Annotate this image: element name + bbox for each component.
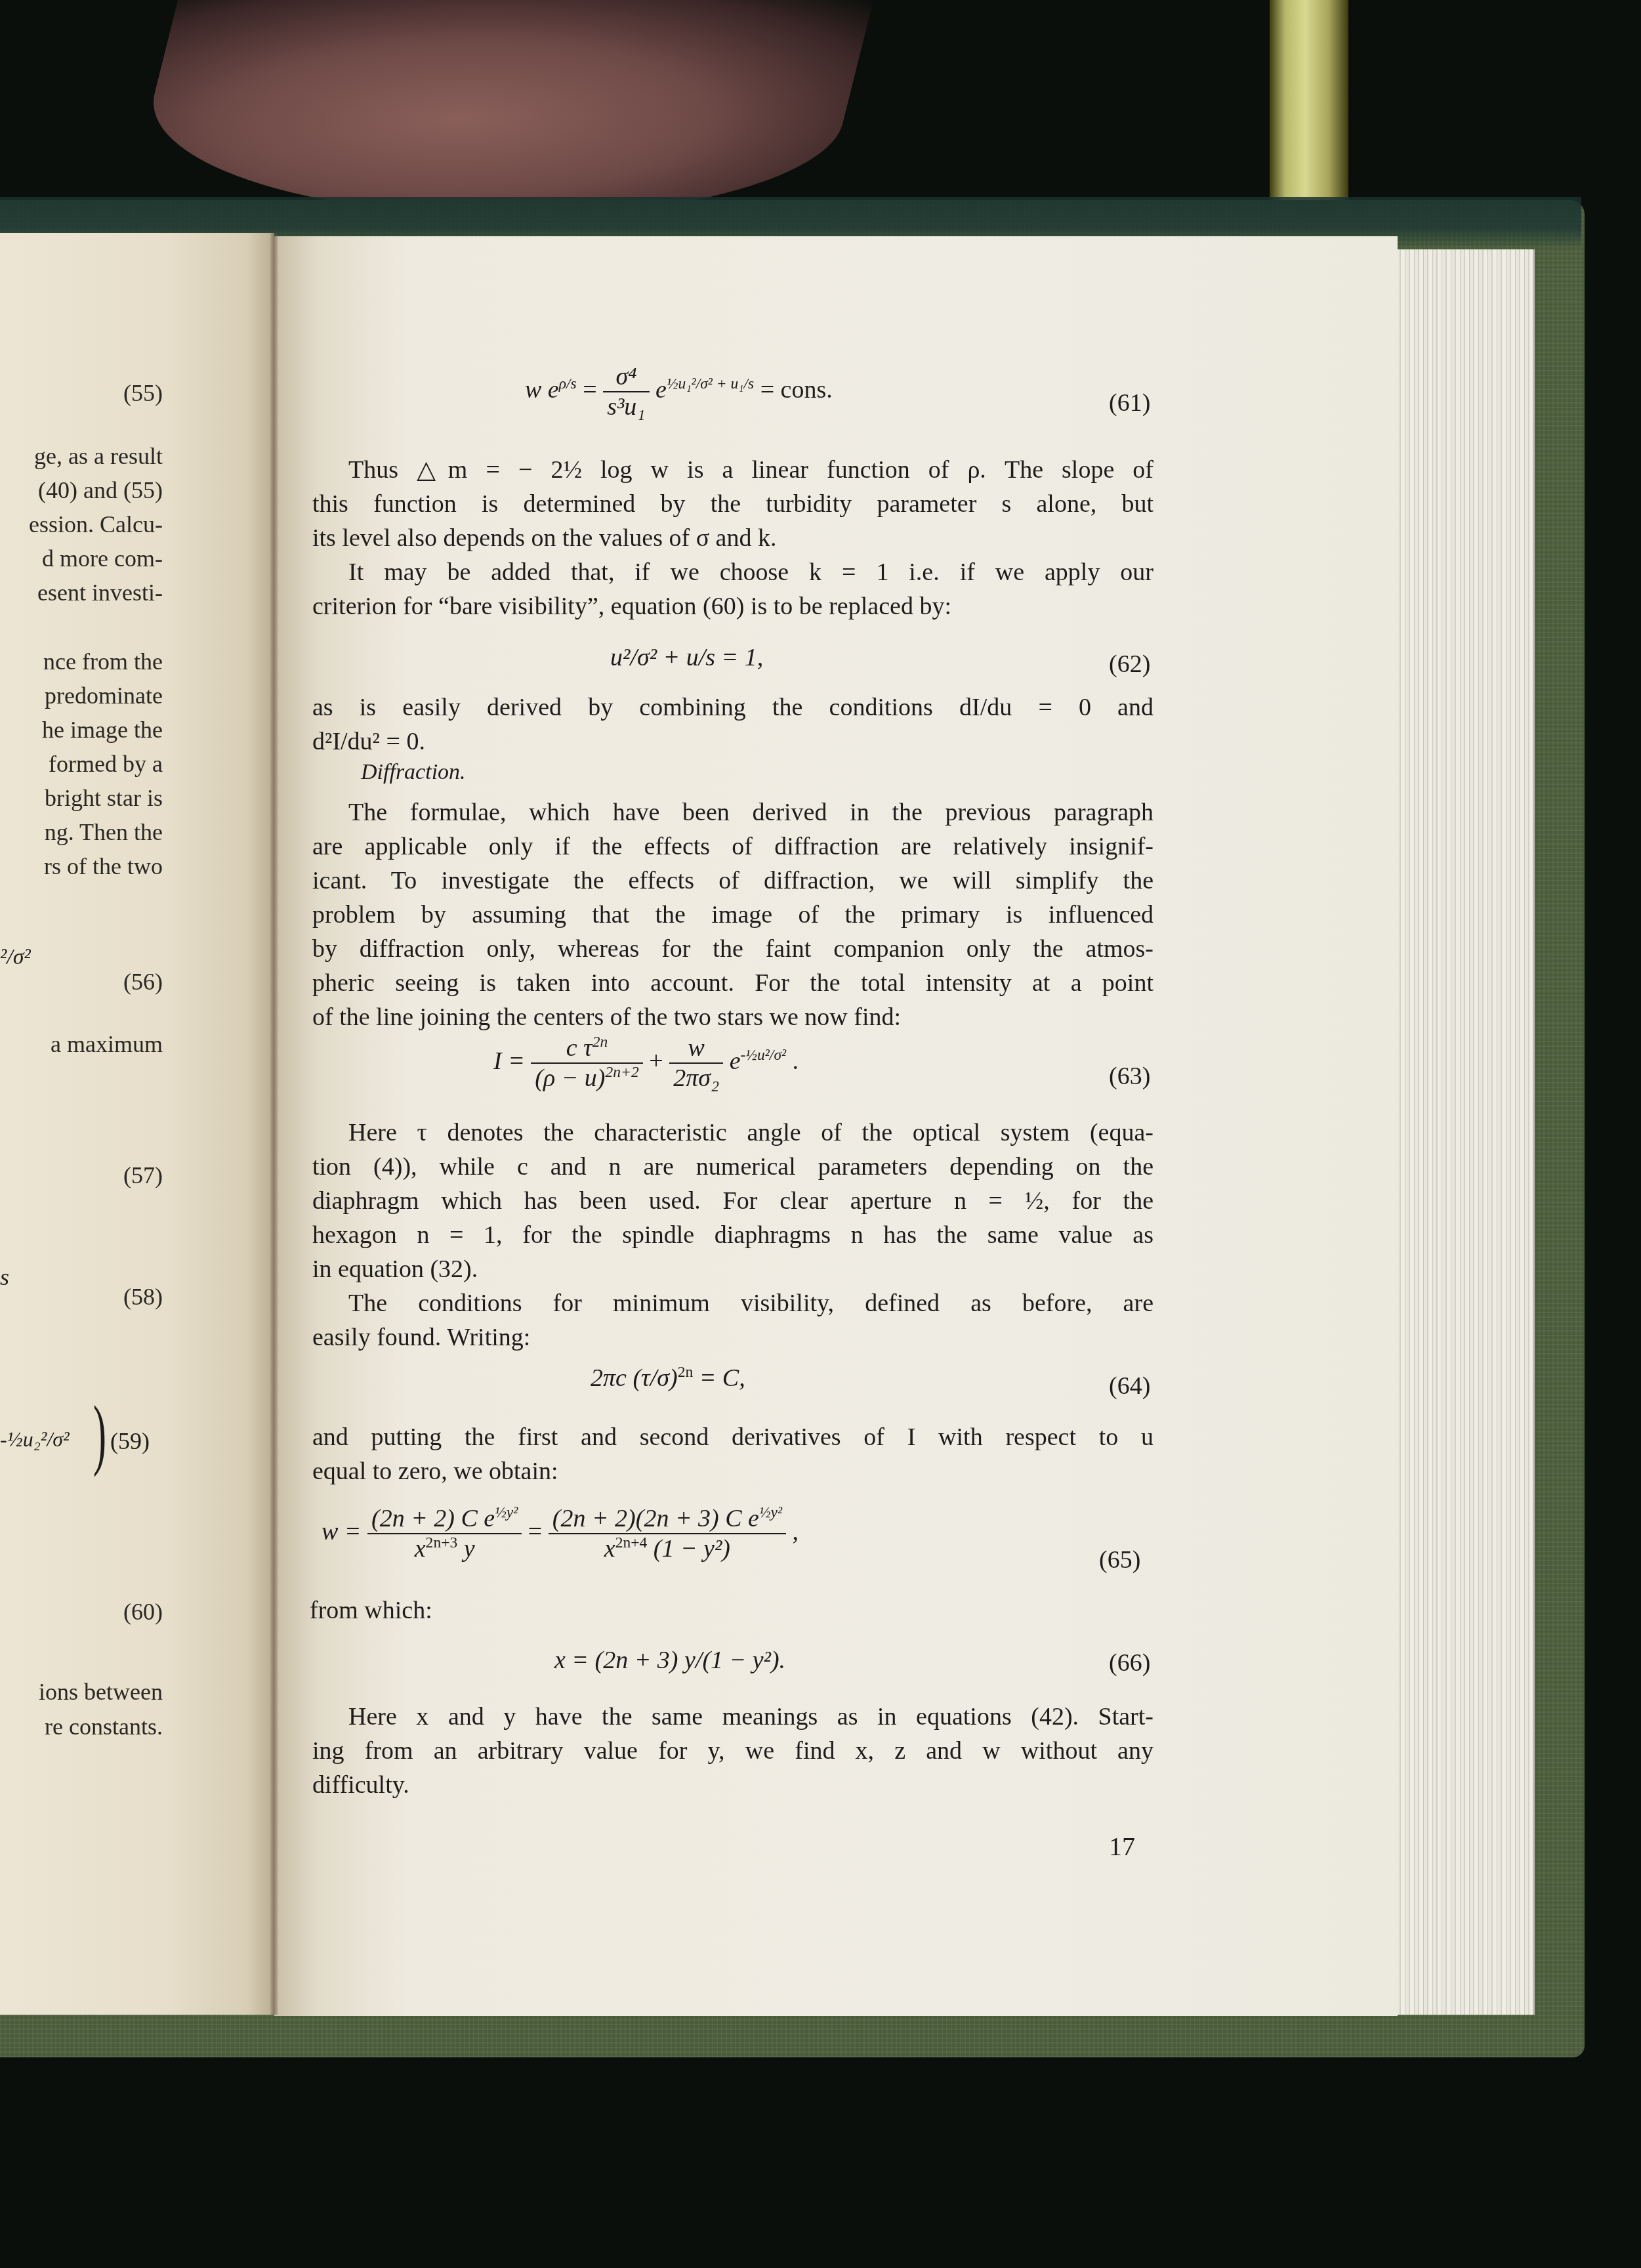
text-line: ge, as a result xyxy=(0,442,163,470)
text-line: bright star is xyxy=(0,784,163,812)
text-line: its level also depends on the values of … xyxy=(312,521,1153,555)
equation-63: I = c τ2n (ρ − u)2n+2 + w 2πσ₂ e-½u²/σ² … xyxy=(493,1034,799,1093)
text-line: tion (4)), while c and n are numerical p… xyxy=(312,1150,1153,1184)
text-line: esent investi- xyxy=(0,579,163,606)
text-line: he image the xyxy=(0,716,163,744)
text-line: icant. To investigate the effects of dif… xyxy=(312,864,1153,898)
fraction: (2n + 2) C e½y² x2n+3 y xyxy=(367,1504,522,1563)
text-line: are applicable only if the effects of di… xyxy=(312,829,1153,864)
text-line: from which: xyxy=(310,1596,432,1625)
text-line: re constants. xyxy=(0,1713,163,1740)
text-line: pheric seeing is taken into account. For… xyxy=(312,966,1153,1000)
equation-number: (60) xyxy=(0,1598,163,1626)
text-line: by diffraction only, whereas for the fai… xyxy=(312,932,1153,966)
fraction: c τ2n (ρ − u)2n+2 xyxy=(531,1034,642,1093)
fraction: σ⁴ s³u₁ xyxy=(603,362,649,421)
text-line: easily found. Writing: xyxy=(312,1320,1153,1354)
fraction: (2n + 2)(2n + 3) C e½y² x2n+4 (1 − y²) xyxy=(549,1504,786,1563)
equation-64: 2πc (τ/σ)2n = C, xyxy=(591,1364,745,1393)
equation-number: (59) xyxy=(110,1427,150,1455)
equation-number: (65) xyxy=(1099,1545,1140,1574)
text-line: Thus △m = − 2½ log w is a linear functio… xyxy=(312,453,1153,487)
equation-66: x = (2n + 3) y/(1 − y²). xyxy=(554,1646,785,1675)
equation-number: (62) xyxy=(1109,650,1150,679)
equation-number: (63) xyxy=(1109,1062,1150,1091)
equation-fragment: ²/σ² xyxy=(0,945,31,970)
text-line: equal to zero, we obtain: xyxy=(312,1454,1153,1488)
section-heading: Diffraction. xyxy=(361,760,466,785)
close-paren-glyph: ) xyxy=(93,1395,106,1473)
book-fore-edge xyxy=(1396,249,1535,2015)
text-line: d more com- xyxy=(0,545,163,572)
text-line: criterion for “bare visibility”, equatio… xyxy=(312,589,1153,623)
text-line: a maximum xyxy=(0,1030,163,1058)
text-line: It may be added that, if we choose k = 1… xyxy=(312,555,1153,589)
text-line: ing from an arbitrary value for y, we fi… xyxy=(312,1734,1153,1768)
hand-holding-book xyxy=(124,0,873,217)
book-gutter xyxy=(270,233,278,2015)
text-line: difficulty. xyxy=(312,1768,1153,1802)
fraction: w 2πσ₂ xyxy=(669,1034,723,1093)
text-line: The conditions for minimum visibility, d… xyxy=(312,1286,1153,1320)
text-line: The formulae, which have been derived in… xyxy=(312,795,1153,829)
text-line: ng. Then the xyxy=(0,818,163,846)
text-line: (40) and (55) xyxy=(0,476,163,504)
equation-number: (64) xyxy=(1109,1372,1150,1400)
text-line: diaphragm which has been used. For clear… xyxy=(312,1184,1153,1218)
equation-number: (56) xyxy=(0,968,163,996)
text-line: in equation (32). xyxy=(312,1252,1153,1286)
text-line: of the line joining the centers of the t… xyxy=(312,1000,1153,1034)
equation-number: (61) xyxy=(1109,388,1150,417)
page-number: 17 xyxy=(1109,1831,1135,1862)
text-line: Here τ denotes the characteristic angle … xyxy=(312,1116,1153,1150)
text-line: this function is determined by the turbi… xyxy=(312,487,1153,521)
text-line: problem by assuming that the image of th… xyxy=(312,898,1153,932)
text-line: and putting the first and second derivat… xyxy=(312,1420,1153,1454)
text-line: Here x and y have the same meanings as i… xyxy=(312,1700,1153,1734)
text-line: rs of the two xyxy=(0,852,163,880)
background-light-strip xyxy=(1270,0,1348,223)
equation-65: w = (2n + 2) C e½y² x2n+3 y = (2n + 2)(2… xyxy=(322,1504,799,1563)
equation-number: (58) xyxy=(0,1283,163,1311)
equation-number: (55) xyxy=(0,379,163,407)
equation-61: w eρ/s = σ⁴ s³u₁ e½u₁²/σ² + u₁/s = cons. xyxy=(525,362,833,421)
equation-62: u²/σ² + u/s = 1, xyxy=(610,643,763,672)
text-line: predominate xyxy=(0,682,163,709)
equation-number: (57) xyxy=(0,1162,163,1189)
text-line: nce from the xyxy=(0,648,163,675)
text-line: ession. Calcu- xyxy=(0,511,163,538)
text-line: d²I/du² = 0. xyxy=(312,724,1153,759)
text-line: hexagon n = 1, for the spindle diaphragm… xyxy=(312,1218,1153,1252)
equation-fragment: -½u₂²/σ² xyxy=(0,1427,70,1452)
text-line: ions between xyxy=(0,1678,163,1706)
text-line: as is easily derived by combining the co… xyxy=(312,690,1153,724)
text-line: formed by a xyxy=(0,750,163,778)
equation-number: (66) xyxy=(1109,1648,1150,1677)
